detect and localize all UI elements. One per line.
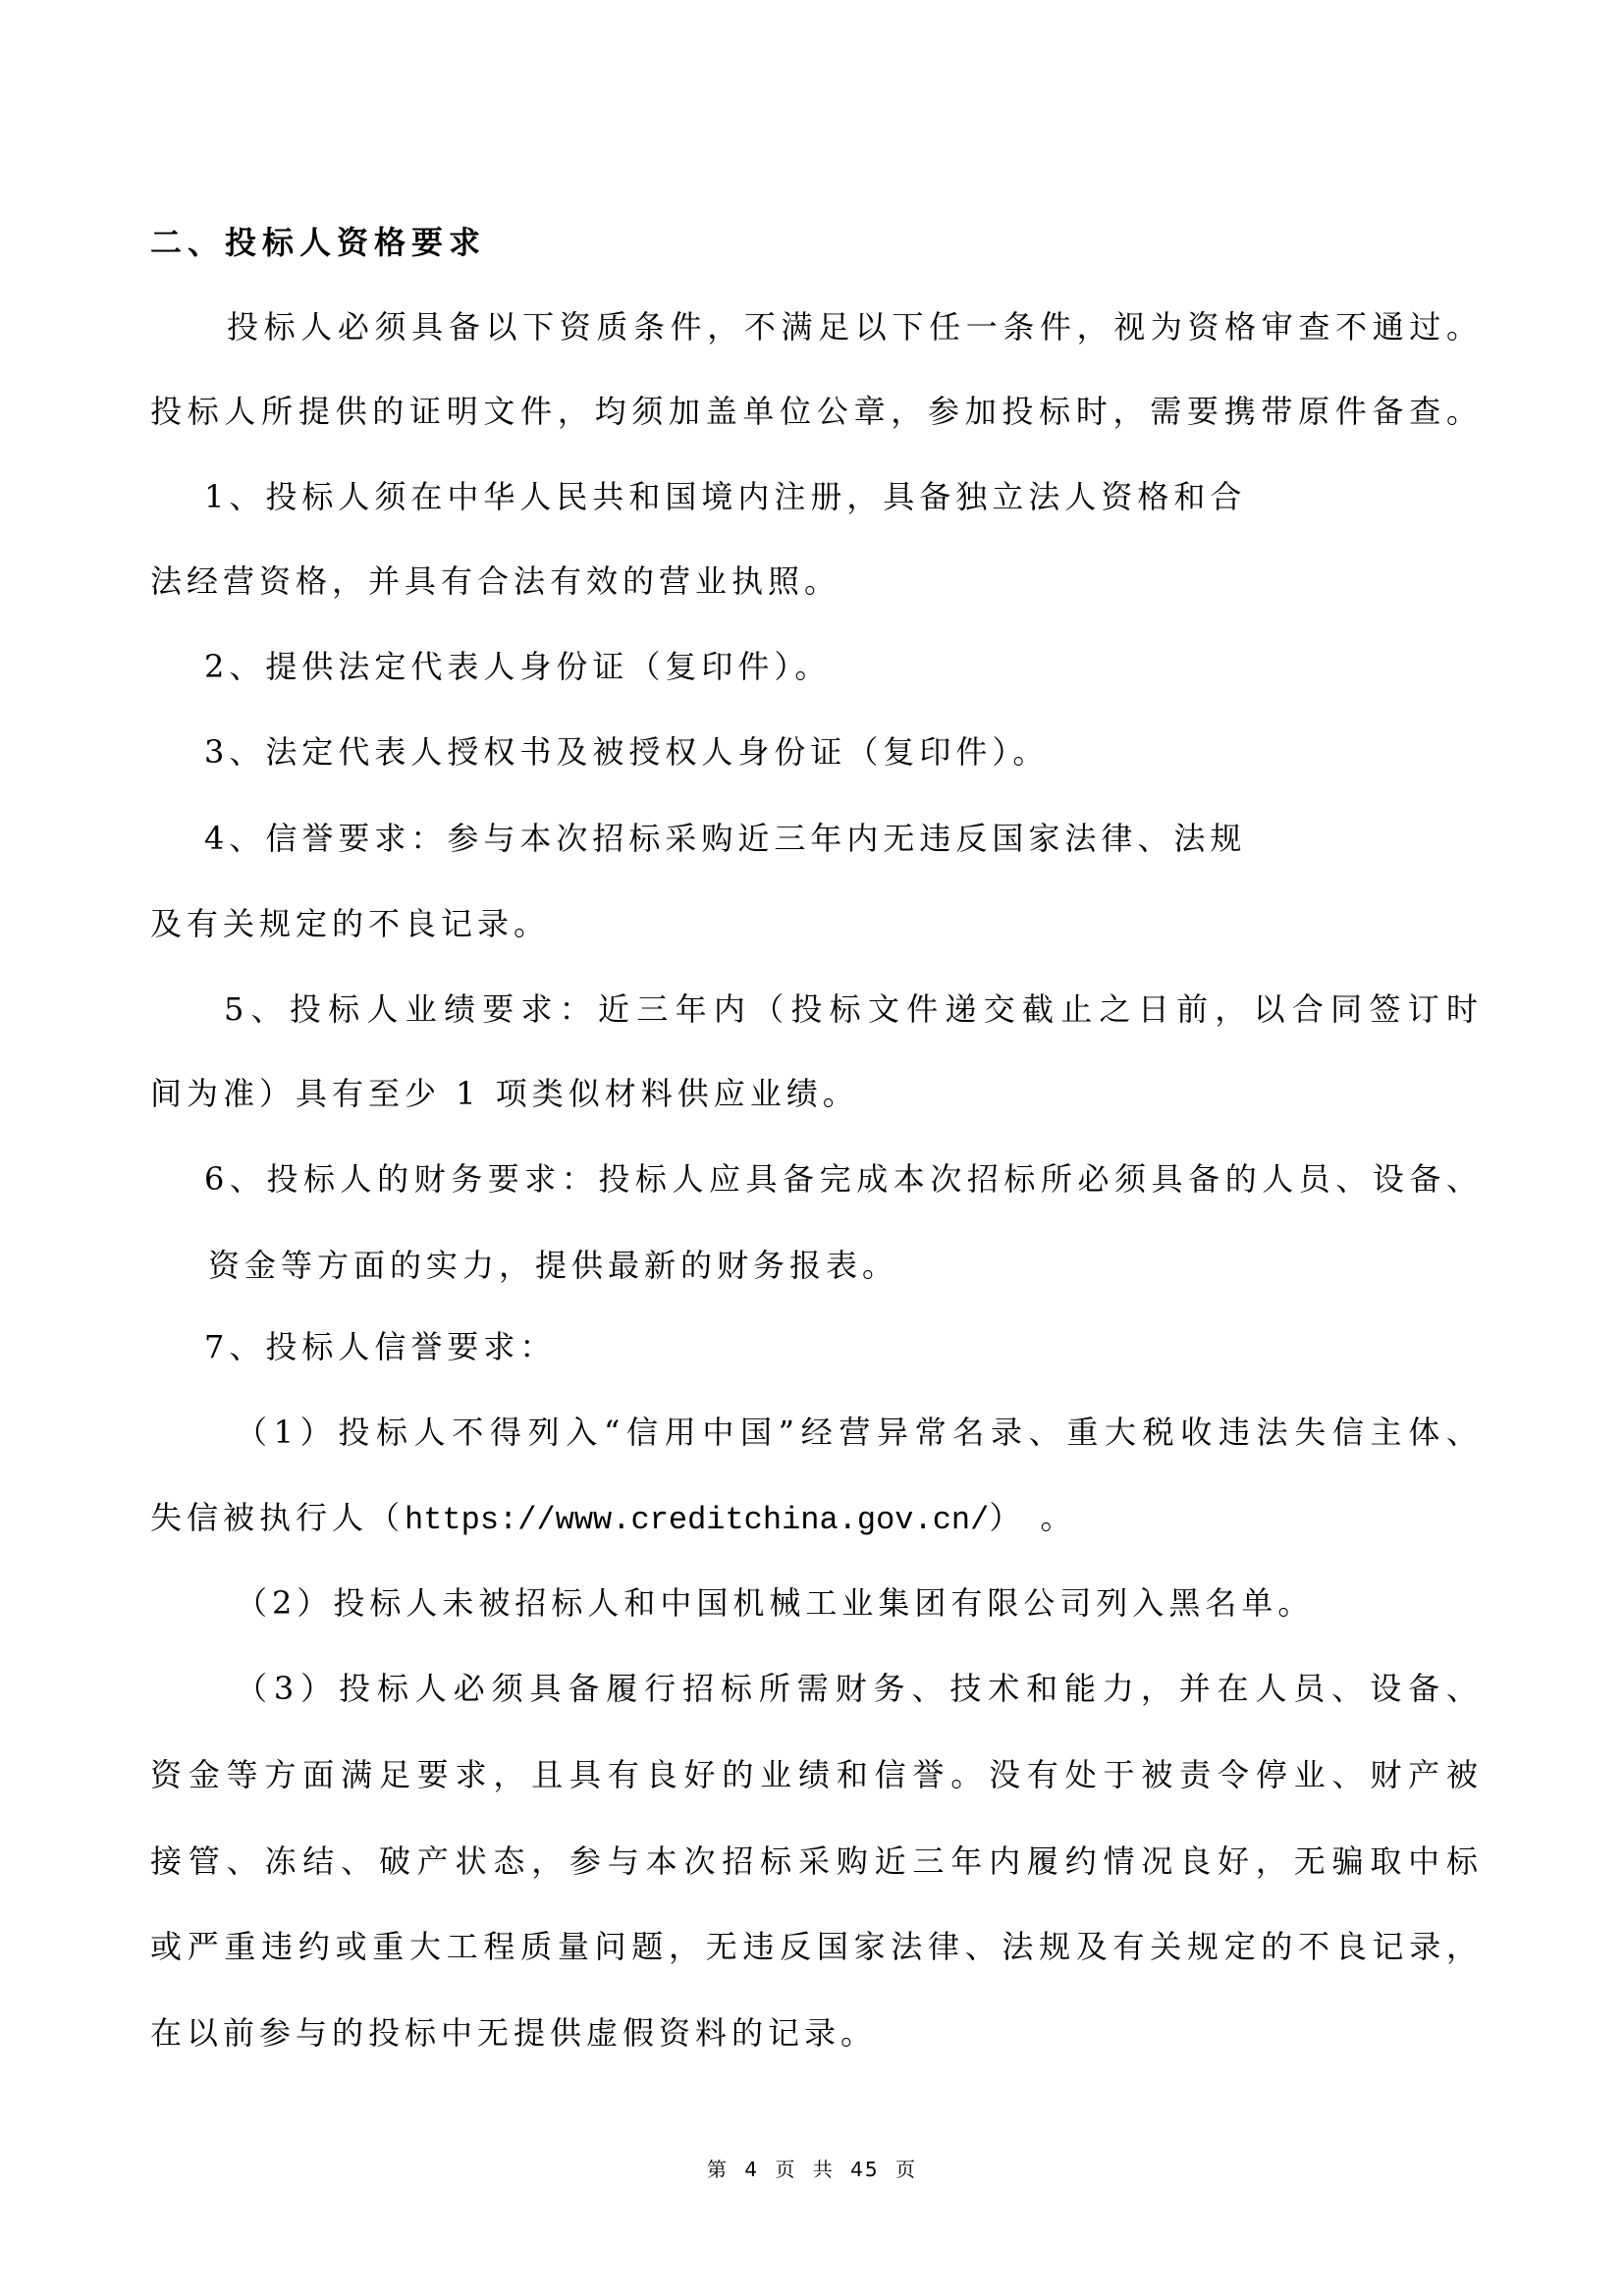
item-6-line-1: 6、投标人的财务要求：投标人应具备完成本次招标所必须具备的人员、设备、: [204, 1159, 1478, 1199]
item-7: 7、投标人信誉要求：: [204, 1327, 556, 1366]
subitem-3-line-3: 接管、冻结、破产状态，参与本次招标采购近三年内履约情况良好，无骗取中标: [150, 1842, 1478, 1881]
creditchina-url: https://www.creditchina.gov.cn/: [405, 1502, 989, 1538]
subitem-1-line-2: 失信被执行人（https://www.creditchina.gov.cn/） …: [150, 1498, 1077, 1537]
subitem-3-line-2: 资金等方面满足要求，且具有良好的业绩和信誉。没有处于被责令停业、财产被: [150, 1755, 1478, 1794]
subitem-1-suffix: ） 。: [989, 1499, 1076, 1536]
item-5-line-1: 5、投标人业绩要求：近三年内（投标文件递交截止之日前，以合同签订时: [224, 989, 1478, 1029]
item-6-line-2: 资金等方面的实力，提供最新的财务报表。: [208, 1246, 898, 1285]
subitem-2: （2）投标人未被招标人和中国机械工业集团有限公司列入黑名单。: [236, 1583, 1314, 1623]
subitem-3-line-5: 在以前参与的投标中无提供虚假资料的记录。: [150, 2013, 877, 2053]
subitem-1-prefix: 失信被执行人（: [150, 1499, 405, 1536]
subitem-1-line-1: （1）投标人不得列入“信用中国”经营异常名录、重大税收违法失信主体、: [236, 1413, 1478, 1452]
item-5-line-2: 间为准）具有至少 1 项类似材料供应业绩。: [150, 1074, 859, 1113]
section-heading: 二、投标人资格要求: [150, 223, 486, 262]
document-page: 二、投标人资格要求 投标人必须具备以下资质条件，不满足以下任一条件，视为资格审查…: [0, 0, 1624, 2296]
item-4-line-1: 4、信誉要求：参与本次招标采购近三年内无违反国家法律、法规: [204, 819, 1246, 858]
item-2: 2、提供法定代表人身份证（复印件）。: [204, 647, 831, 686]
intro-line-2: 投标人所提供的证明文件，均须加盖单位公章，参加投标时，需要携带原件备查。: [150, 392, 1478, 431]
item-3: 3、法定代表人授权书及被授权人身份证（复印件）。: [204, 732, 1049, 772]
item-4-line-2: 及有关规定的不良记录。: [150, 904, 550, 943]
intro-line-1: 投标人必须具备以下资质条件，不满足以下任一条件，视为资格审查不通过。: [227, 307, 1478, 347]
subitem-3-line-4: 或严重违约或重大工程质量问题，无违反国家法律、法规及有关规定的不良记录，: [150, 1927, 1478, 1966]
item-1-line-1: 1、投标人须在中华人民共和国境内注册，具备独立法人资格和合: [204, 477, 1246, 516]
page-number-footer: 第 4 页 共 45 页: [0, 2156, 1624, 2183]
subitem-3-line-1: （3）投标人必须具备履行招标所需财务、技术和能力，并在人员、设备、: [236, 1669, 1478, 1708]
item-1-line-2: 法经营资格，并具有合法有效的营业执照。: [150, 561, 840, 601]
